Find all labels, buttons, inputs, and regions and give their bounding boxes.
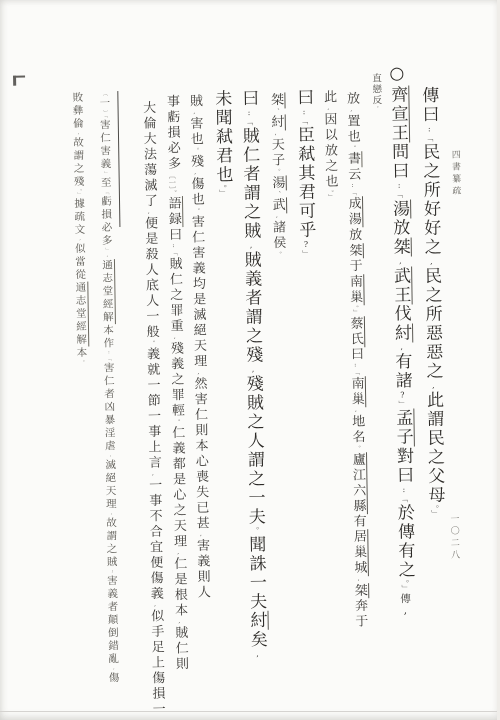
scanned-book-page: 四書纂疏 一〇二八 傳曰:「民之所好好之,民之所惡惡之,此謂民之父母。」○齊宣王… [0,0,500,720]
proper-name-mark: 桀 [389,237,411,256]
punctuation: 。 [251,527,260,536]
punctuation: , [325,105,331,112]
punctuation: , [396,256,405,266]
proper-name-mark: 桀 [268,92,285,108]
punctuation: : [299,107,308,117]
punctuation: 」 [77,192,82,198]
punctuation: , [109,511,114,517]
text-column-c12: 大倫大法蕩滅了,便是殺人底人一般。義就一節一事上言,一事不合宜便傷義,似手足上傷… [140,100,163,717]
text-block: 傳曰:「民之所好好之,民之所惡惡之,此謂民之父母。」○齊宣王問曰:「湯放桀,武王… [0,0,499,7]
punctuation: 。 [192,147,198,154]
punctuation: 「 [245,118,254,127]
punctuation: 。 [374,106,379,111]
punctuation: , [76,131,81,137]
punctuation: : [425,124,434,134]
punctuation: 」 [104,171,109,177]
punctuation: : [395,181,404,191]
running-title: 四書纂疏 [449,150,459,198]
proper-name-mark: 武王 [390,266,413,304]
punctuation: 。 [274,251,280,258]
punctuation: 。 [173,419,179,426]
inline-gloss: 傳, [399,593,411,618]
punctuation: 「 [352,369,358,376]
punctuation: 。 [354,445,360,452]
punctuation: 「 [170,250,176,257]
punctuation: , [248,365,257,375]
punctuation: 「 [103,116,108,119]
punctuation: : [244,108,253,118]
punctuation: , [78,237,83,243]
text-column-c6: 曰:「臣弒其君可乎?」 [293,88,314,259]
proper-name-mark: 南巢 [347,274,364,305]
punctuation: , [353,407,359,414]
proper-name-mark: 居巢城 [351,529,369,576]
book-title-mark: 語録 [166,196,183,227]
punctuation: 「 [400,495,409,504]
text-column-c9: 未聞弒君也。」 [211,89,231,198]
proper-name-mark: 紂 [391,323,413,342]
punctuation: 」 [327,194,333,201]
proper-name-mark: 紂 [246,611,268,630]
text-column-c10: 賊,害也。殘,傷也。害仁害義均是滅絕天理,然害仁則本心喪失已甚,害義則人 [187,94,209,601]
punctuation: , [108,453,113,459]
proper-name-mark: 蔡氏 [347,316,364,347]
punctuation: ? [398,390,407,400]
punctuation: ? [301,240,310,250]
proper-name-mark: 齊宣王 [387,85,410,142]
text-column-c8: 曰:「賊仁者謂之賊,賊義者謂之殘,殘賊之人謂之一夫。聞誅一夫紂矣, [238,89,265,660]
collation-note-ref: 〔一〕 [168,172,177,190]
proper-name-mark: 成湯 [346,196,363,227]
punctuation: 「 [104,190,109,196]
proper-name-mark: 武 [270,198,287,214]
punctuation: 。 [273,168,279,175]
punctuation: 」 [431,510,440,519]
text-column-f1: 〔一〕「害仁害義」至「虧損必多」,通志堂經解本作:「害仁者凶暴淫虐,滅絕天理,故… [98,91,118,685]
punctuation: , [175,550,181,557]
punctuation: , [348,107,354,114]
punctuation: , [274,213,280,220]
text-column-c7: 桀、紂,天子。湯、武,諸侯。 [268,92,284,258]
text-column-c3: 直戀反。 [370,73,381,111]
punctuation: , [427,257,436,267]
punctuation: , [146,209,152,216]
proper-name-mark: 湯 [269,175,286,191]
text-column-f2: 敗彝倫,故謂之殘。」據疏文,似當從通志堂經解本。 [71,92,86,366]
punctuation: 。 [80,360,85,366]
proper-name-mark: 廬江六縣 [350,452,368,514]
page-bottom-edge [0,711,500,712]
punctuation: : [399,485,408,495]
punctuation: 。 [148,340,154,347]
punctuation: 〔 [102,91,107,97]
text-column-c4: 放,置也。書云:「成湯放桀于南巢。」蔡氏曰:「南巢,地名。廬江六縣有居巢城,桀奔… [344,91,366,629]
punctuation: , [152,602,158,609]
text-column-c1: 傳曰:「民之所好好之,民之所惡惡之,此謂民之父母。」 [418,86,443,518]
punctuation: 「 [425,134,434,143]
punctuation: 「 [106,356,111,362]
punctuation: , [198,531,204,538]
text-column-c11: 事虧損必多〔一〕。語録曰:「賊仁之罪重,殘義之罪輕。仁義都是心之天理,仁是根本,… [164,94,187,672]
punctuation: , [247,241,256,251]
footnote-separator-rule [117,91,120,227]
punctuation: 「 [395,191,404,200]
book-title-mark: 書 [345,152,362,168]
punctuation: ; [110,569,115,575]
text-column-c5: 此,因以放之也。」 [321,90,336,201]
punctuation: , [356,576,362,583]
punctuation: 「 [300,117,309,126]
punctuation: 」 [219,189,228,198]
proper-name-mark: 湯 [389,199,411,218]
proper-name-mark: 桀 [352,583,369,599]
punctuation: , [429,381,438,391]
punctuation: , [192,170,198,177]
page-sheet: 四書纂疏 一〇二八 傳曰:「民之所好好之,民之所惡惡之,此謂民之父母。」○齊宣王… [0,0,500,720]
punctuation: , [150,471,156,478]
proper-name-mark: 南巢 [348,376,365,407]
proper-name-mark: 桀 [346,243,363,259]
punctuation: , [397,342,406,352]
punctuation: 」 [302,250,311,259]
punctuation: , [172,334,178,341]
proper-name-mark: 孟子 [392,409,415,447]
book-title-mark: 通志堂經解 [74,282,89,347]
book-title-mark: 通志堂經解 [101,259,116,324]
scan-artifact-mark [13,76,25,86]
punctuation: 。 [193,208,199,215]
punctuation: , [111,666,116,672]
folio-page-number: 一〇二八 [448,514,458,562]
punctuation: , [253,649,262,659]
punctuation: 」 [351,309,357,316]
proper-name-mark: 紂 [268,115,285,131]
punctuation: , [195,370,201,377]
text-column-c2: ○齊宣王問曰:「湯放桀,武王伐紂,有諸?」孟子對曰:「於傳有之。」傳, [387,64,414,618]
punctuation: , [191,109,197,116]
punctuation: , [176,619,182,626]
punctuation: , [273,130,279,137]
